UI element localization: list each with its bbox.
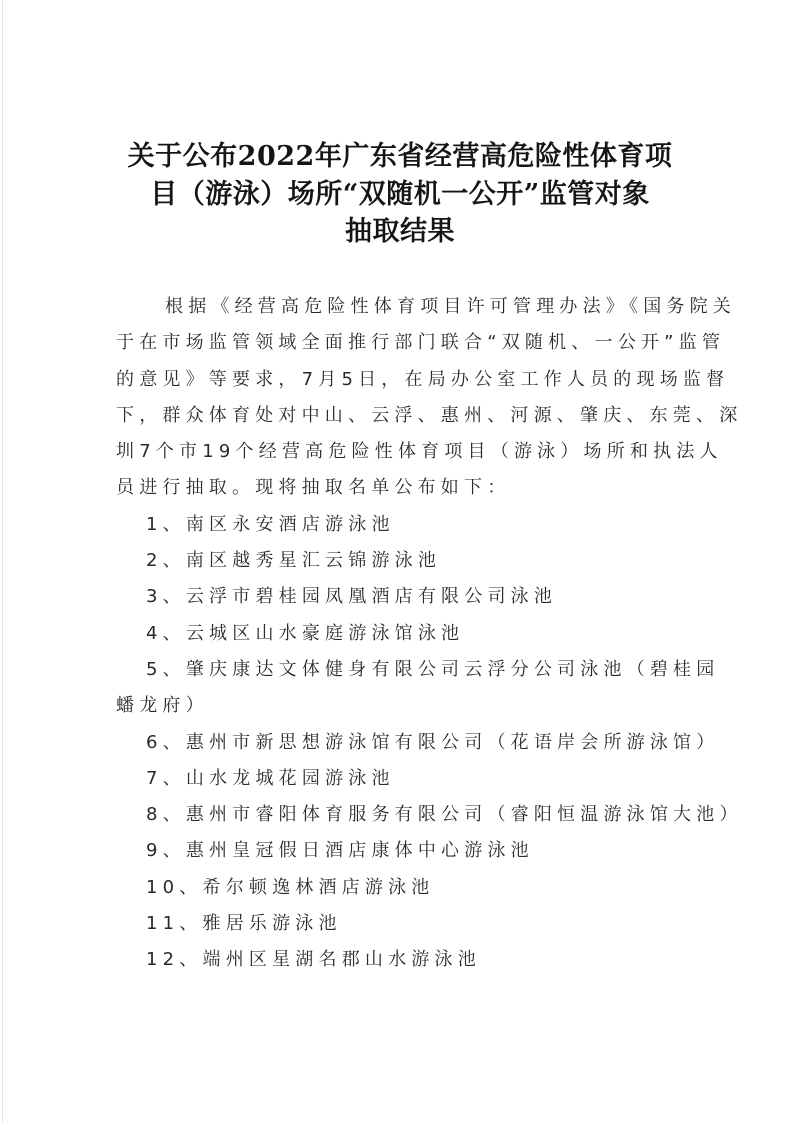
list-item-5: 5、肇庆康达文体健身有限公司云浮分公司泳池（碧桂园 xyxy=(116,652,686,688)
list-item-7: 7、山水龙城花园游泳池 xyxy=(116,761,686,797)
list-item-8: 8、惠州市睿阳体育服务有限公司（睿阳恒温游泳馆大池） xyxy=(116,797,686,833)
title-line-1: 关于公布2022年广东省经营高危险性体育项 xyxy=(100,138,700,176)
list-item-10: 10、希尔顿逸林酒店游泳池 xyxy=(116,870,686,906)
intro-line-6: 员进行抽取。现将抽取名单公布如下： xyxy=(116,470,686,506)
list-item-12: 12、端州区星湖名郡山水游泳池 xyxy=(116,942,686,978)
document-title: 关于公布2022年广东省经营高危险性体育项 目（游泳）场所“双随机一公开”监管对… xyxy=(100,138,700,251)
intro-paragraph: 根据《经营高危险性体育项目许可管理办法》《国务院关 于在市场监管领域全面推行部门… xyxy=(116,289,686,507)
list-item-1: 1、南区永安酒店游泳池 xyxy=(116,507,686,543)
list-item-9: 9、惠州皇冠假日酒店康体中心游泳池 xyxy=(116,833,686,869)
list-item-2: 2、南区越秀星汇云锦游泳池 xyxy=(116,543,686,579)
page-edge xyxy=(2,0,3,1122)
intro-line-2: 于在市场监管领域全面推行部门联合“双随机、一公开”监管 xyxy=(116,325,686,361)
list-item-5-continuation: 蟠龙府） xyxy=(116,688,686,724)
list-item-6: 6、惠州市新思想游泳馆有限公司（花语岸会所游泳馆） xyxy=(116,725,686,761)
document-body: 根据《经营高危险性体育项目许可管理办法》《国务院关 于在市场监管领域全面推行部门… xyxy=(116,289,686,979)
list-item-4: 4、云城区山水豪庭游泳馆泳池 xyxy=(116,616,686,652)
title-line-3: 抽取结果 xyxy=(100,213,700,251)
intro-line-1: 根据《经营高危险性体育项目许可管理办法》《国务院关 xyxy=(116,289,686,325)
list-item-3: 3、云浮市碧桂园凤凰酒店有限公司泳池 xyxy=(116,579,686,615)
intro-line-4: 下，群众体育处对中山、云浮、惠州、河源、肇庆、东莞、深 xyxy=(116,398,686,434)
intro-line-5: 圳7个市19个经营高危险性体育项目（游泳）场所和执法人 xyxy=(116,434,686,470)
title-line-2: 目（游泳）场所“双随机一公开”监管对象 xyxy=(100,176,700,214)
intro-line-3: 的意见》等要求，7月5日，在局办公室工作人员的现场监督 xyxy=(116,362,686,398)
list-item-11: 11、雅居乐游泳池 xyxy=(116,906,686,942)
venue-list: 1、南区永安酒店游泳池 2、南区越秀星汇云锦游泳池 3、云浮市碧桂园凤凰酒店有限… xyxy=(116,507,686,979)
